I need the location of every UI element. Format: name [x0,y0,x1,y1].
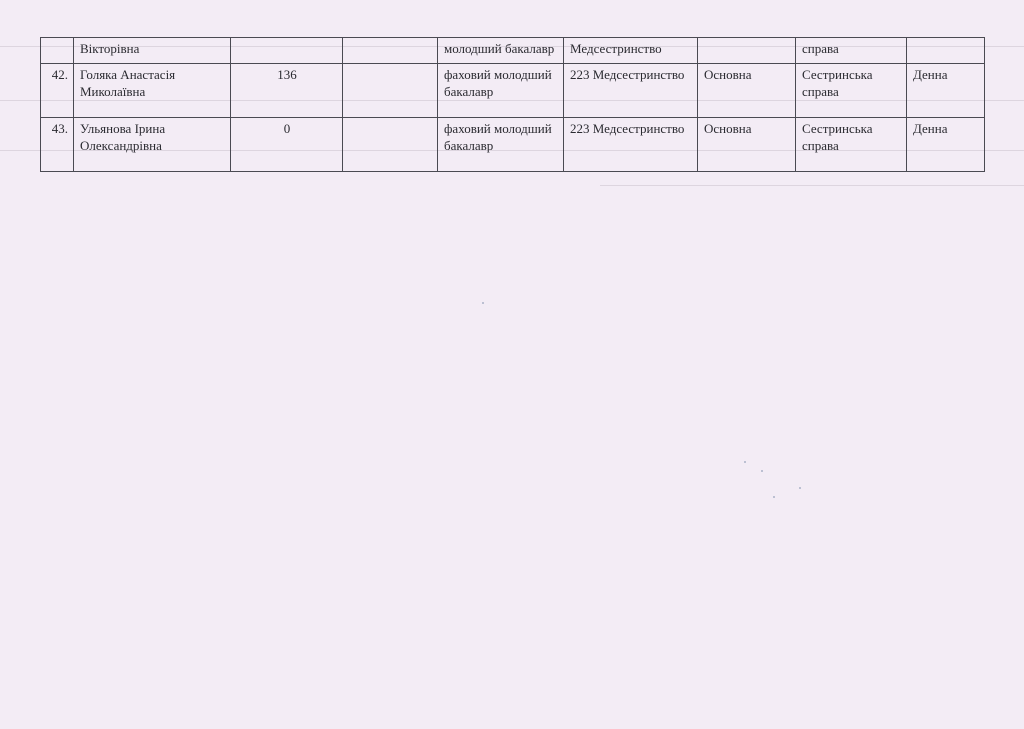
cell-level: фаховий молодший бакалавр [438,64,564,118]
scan-speck [799,487,801,489]
cell-level: молодший бакалавр [438,38,564,64]
scan-speck [482,302,484,304]
cell-empty [343,118,438,172]
cell-basis: Основна [698,118,796,172]
scan-artifact [600,185,1024,186]
cell-number: 43. [41,118,74,172]
cell-specialty: 223 Медсестринство [564,118,698,172]
cell-score: 0 [231,118,343,172]
scan-speck [761,470,763,472]
cell-form [907,38,985,64]
cell-number [41,38,74,64]
cell-basis [698,38,796,64]
cell-form: Денна [907,118,985,172]
cell-score: 136 [231,64,343,118]
cell-basis: Основна [698,64,796,118]
cell-form: Денна [907,64,985,118]
scan-speck [744,461,746,463]
cell-specialty: 223 Медсестринство [564,64,698,118]
table-row: 43. Ульянова Ірина Олександрівна 0 фахов… [41,118,985,172]
cell-program: Сестринська справа [796,118,907,172]
cell-name: Голяка Анастасія Миколаївна [74,64,231,118]
cell-number: 42. [41,64,74,118]
scan-speck [773,496,775,498]
cell-level: фаховий молодший бакалавр [438,118,564,172]
cell-name: Ульянова Ірина Олександрівна [74,118,231,172]
cell-specialty: Медсестринство [564,38,698,64]
table-row: 42. Голяка Анастасія Миколаївна 136 фахо… [41,64,985,118]
table-row: Вікторівна молодший бакалавр Медсестринс… [41,38,985,64]
cell-program: Сестринська справа [796,64,907,118]
cell-name: Вікторівна [74,38,231,64]
cell-empty [343,38,438,64]
cell-empty [343,64,438,118]
cell-score [231,38,343,64]
cell-program: справа [796,38,907,64]
applicants-table: Вікторівна молодший бакалавр Медсестринс… [40,37,985,172]
